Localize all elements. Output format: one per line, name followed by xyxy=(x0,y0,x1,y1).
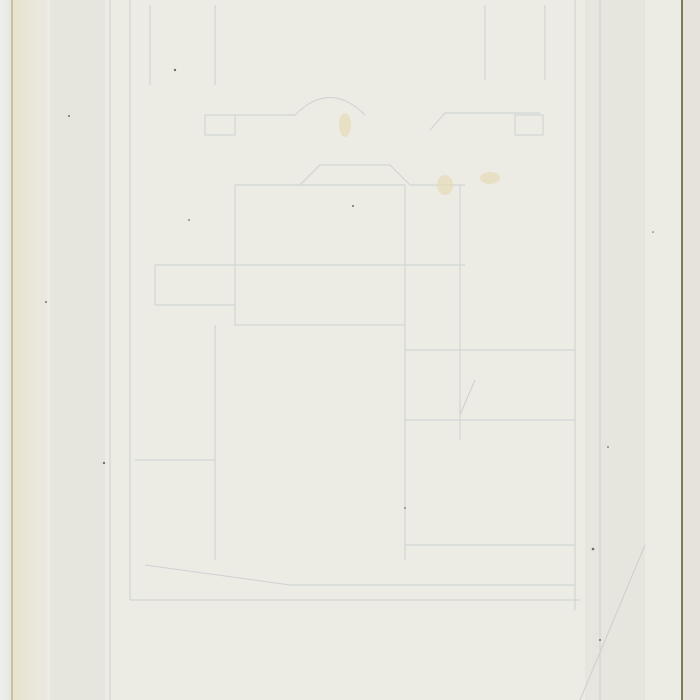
scan-left-margin xyxy=(0,0,11,700)
adjacent-page-edge xyxy=(683,0,700,700)
scanned-page xyxy=(11,0,685,700)
page-gutter-shadow xyxy=(13,0,47,700)
